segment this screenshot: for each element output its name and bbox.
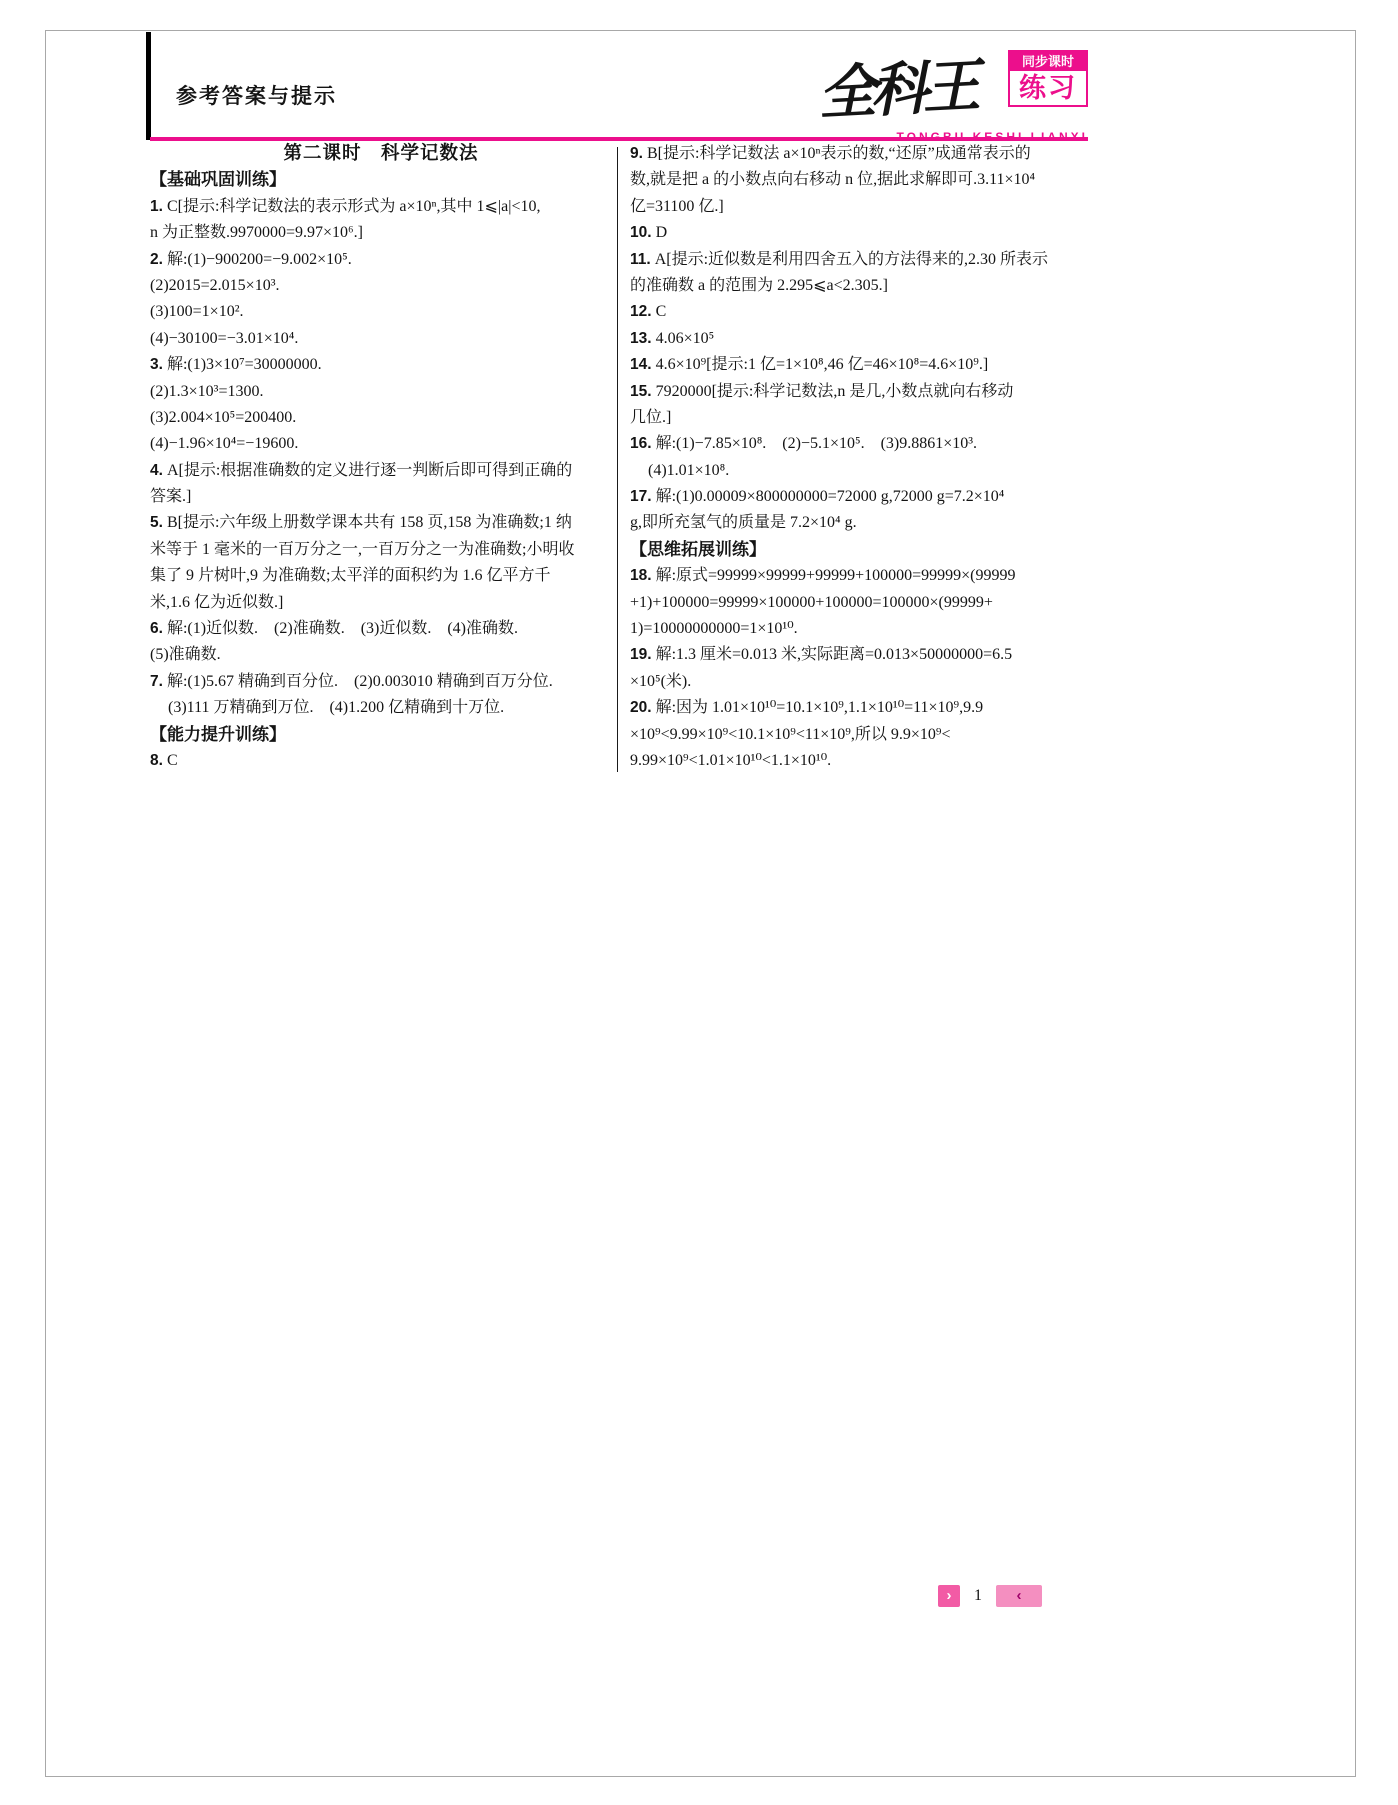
answer-line: (3)2.004×10⁵=200400. <box>150 405 612 431</box>
answer-line: g,即所充氢气的质量是 7.2×10⁴ g. <box>630 510 1090 536</box>
section-header: 【能力提升训练】 <box>150 722 612 748</box>
answer-line: 亿=31100 亿.] <box>630 194 1090 220</box>
item-number: 5. <box>150 514 163 531</box>
next-page-button[interactable]: › <box>938 1585 960 1607</box>
item-number: 8. <box>150 752 163 769</box>
answer-line: 19.解:1.3 厘米=0.013 米,实际距离=0.013×50000000=… <box>630 642 1090 668</box>
item-number: 7. <box>150 673 163 690</box>
answer-line: 12.C <box>630 299 1090 325</box>
brand-name: 全科王 <box>816 37 1002 130</box>
answer-line: 数,就是把 a 的小数点向右移动 n 位,据此求解即可.3.11×10⁴ <box>630 167 1090 193</box>
answer-line: 集了 9 片树叶,9 为准确数;太平洋的面积约为 1.6 亿平方千 <box>150 563 612 589</box>
page-header-title: 参考答案与提示 <box>176 80 337 110</box>
item-number: 10. <box>630 224 652 241</box>
brand-logo: 全科王 同步课时 练习 TONGBU KESHI LIANXI <box>818 48 1088 136</box>
answer-line: 米,1.6 亿为近似数.] <box>150 590 612 616</box>
section-header: 【基础巩固训练】 <box>150 167 612 193</box>
answer-line: 15.7920000[提示:科学记数法,n 是几,小数点就向右移动 <box>630 379 1090 405</box>
item-number: 2. <box>150 251 163 268</box>
answer-line: 的准确数 a 的范围为 2.295⩽a<2.305.] <box>630 273 1090 299</box>
answer-line: 10.D <box>630 220 1090 246</box>
section-header: 【思维拓展训练】 <box>630 537 1090 563</box>
answer-line: 4.A[提示:根据准确数的定义进行逐一判断后即可得到正确的 <box>150 458 612 484</box>
answer-line: 9.99×10⁹<1.01×10¹⁰<1.1×10¹⁰. <box>630 748 1090 774</box>
answer-line: (5)准确数. <box>150 642 612 668</box>
answer-line: 9.B[提示:科学记数法 a×10ⁿ表示的数,“还原”成通常表示的 <box>630 141 1090 167</box>
answer-line: 3.解:(1)3×10⁷=30000000. <box>150 352 612 378</box>
item-number: 14. <box>630 356 652 373</box>
answer-line: 几位.] <box>630 405 1090 431</box>
item-number: 4. <box>150 462 163 479</box>
answer-line: 米等于 1 毫米的一百万分之一,一百万分之一为准确数;小明收 <box>150 537 612 563</box>
answer-line: n 为正整数.9970000=9.97×10⁶.] <box>150 220 612 246</box>
answer-line: 17.解:(1)0.00009×800000000=72000 g,72000 … <box>630 484 1090 510</box>
answer-line: +1)+100000=99999×100000+100000=100000×(9… <box>630 590 1090 616</box>
answer-line: (4)−30100=−3.01×10⁴. <box>150 326 612 352</box>
answer-line: 8.C <box>150 748 612 774</box>
item-number: 13. <box>630 330 652 347</box>
scan-artifact-line <box>146 32 151 140</box>
item-number: 6. <box>150 620 163 637</box>
item-number: 1. <box>150 198 163 215</box>
page-footer: › 1 ‹ <box>938 1585 1042 1607</box>
item-number: 20. <box>630 699 652 716</box>
answer-line: (2)1.3×10³=1300. <box>150 379 612 405</box>
item-number: 16. <box>630 435 652 452</box>
right-column: 9.B[提示:科学记数法 a×10ⁿ表示的数,“还原”成通常表示的数,就是把 a… <box>630 141 1090 774</box>
answer-line: 7.解:(1)5.67 精确到百分位. (2)0.003010 精确到百万分位. <box>150 669 612 695</box>
item-number: 3. <box>150 356 163 373</box>
answer-line: 1)=10000000000=1×10¹⁰. <box>630 616 1090 642</box>
item-number: 18. <box>630 567 652 584</box>
answer-line: 2.解:(1)−900200=−9.002×10⁵. <box>150 247 612 273</box>
item-number: 19. <box>630 646 652 663</box>
item-number: 17. <box>630 488 652 505</box>
answer-line: (2)2015=2.015×10³. <box>150 273 612 299</box>
answer-line: ×10⁹<9.99×10⁹<10.1×10⁹<11×10⁹,所以 9.9×10⁹… <box>630 722 1090 748</box>
answer-line: 5.B[提示:六年级上册数学课本共有 158 页,158 为准确数;1 纳 <box>150 510 612 536</box>
item-number: 12. <box>630 303 652 320</box>
answer-line: ×10⁵(米). <box>630 669 1090 695</box>
answer-line: 6.解:(1)近似数. (2)准确数. (3)近似数. (4)准确数. <box>150 616 612 642</box>
answer-line: 14.4.6×10⁹[提示:1 亿=1×10⁸,46 亿=46×10⁸=4.6×… <box>630 352 1090 378</box>
answer-line: (3)111 万精确到万位. (4)1.200 亿精确到十万位. <box>150 695 612 721</box>
lesson-title: 第二课时 科学记数法 <box>150 141 612 167</box>
brand-tag-top: 同步课时 <box>1010 52 1086 71</box>
prev-page-button[interactable]: ‹ <box>996 1585 1042 1607</box>
answer-line: 16.解:(1)−7.85×10⁸. (2)−5.1×10⁵. (3)9.886… <box>630 431 1090 457</box>
item-number: 9. <box>630 145 643 162</box>
answer-line: 13.4.06×10⁵ <box>630 326 1090 352</box>
answer-line: (3)100=1×10². <box>150 299 612 325</box>
brand-tag-box: 同步课时 练习 <box>1008 50 1088 107</box>
brand-tag-bottom: 练习 <box>1010 71 1086 105</box>
answer-line: 答案.] <box>150 484 612 510</box>
item-number: 15. <box>630 383 652 400</box>
answer-page: 参考答案与提示 全科王 同步课时 练习 TONGBU KESHI LIANXI … <box>0 0 1398 1805</box>
answer-line: (4)1.01×10⁸. <box>630 458 1090 484</box>
item-number: 11. <box>630 251 651 268</box>
answer-line: 20.解:因为 1.01×10¹⁰=10.1×10⁹,1.1×10¹⁰=11×1… <box>630 695 1090 721</box>
answer-line: 1.C[提示:科学记数法的表示形式为 a×10ⁿ,其中 1⩽|a|<10, <box>150 194 612 220</box>
answer-line: (4)−1.96×10⁴=−19600. <box>150 431 612 457</box>
answer-line: 18.解:原式=99999×99999+99999+100000=99999×(… <box>630 563 1090 589</box>
column-divider <box>617 147 618 772</box>
page-number: 1 <box>974 1587 982 1605</box>
left-column: 第二课时 科学记数法【基础巩固训练】1.C[提示:科学记数法的表示形式为 a×1… <box>150 141 612 774</box>
answer-line: 11.A[提示:近似数是利用四舍五入的方法得来的,2.30 所表示 <box>630 247 1090 273</box>
